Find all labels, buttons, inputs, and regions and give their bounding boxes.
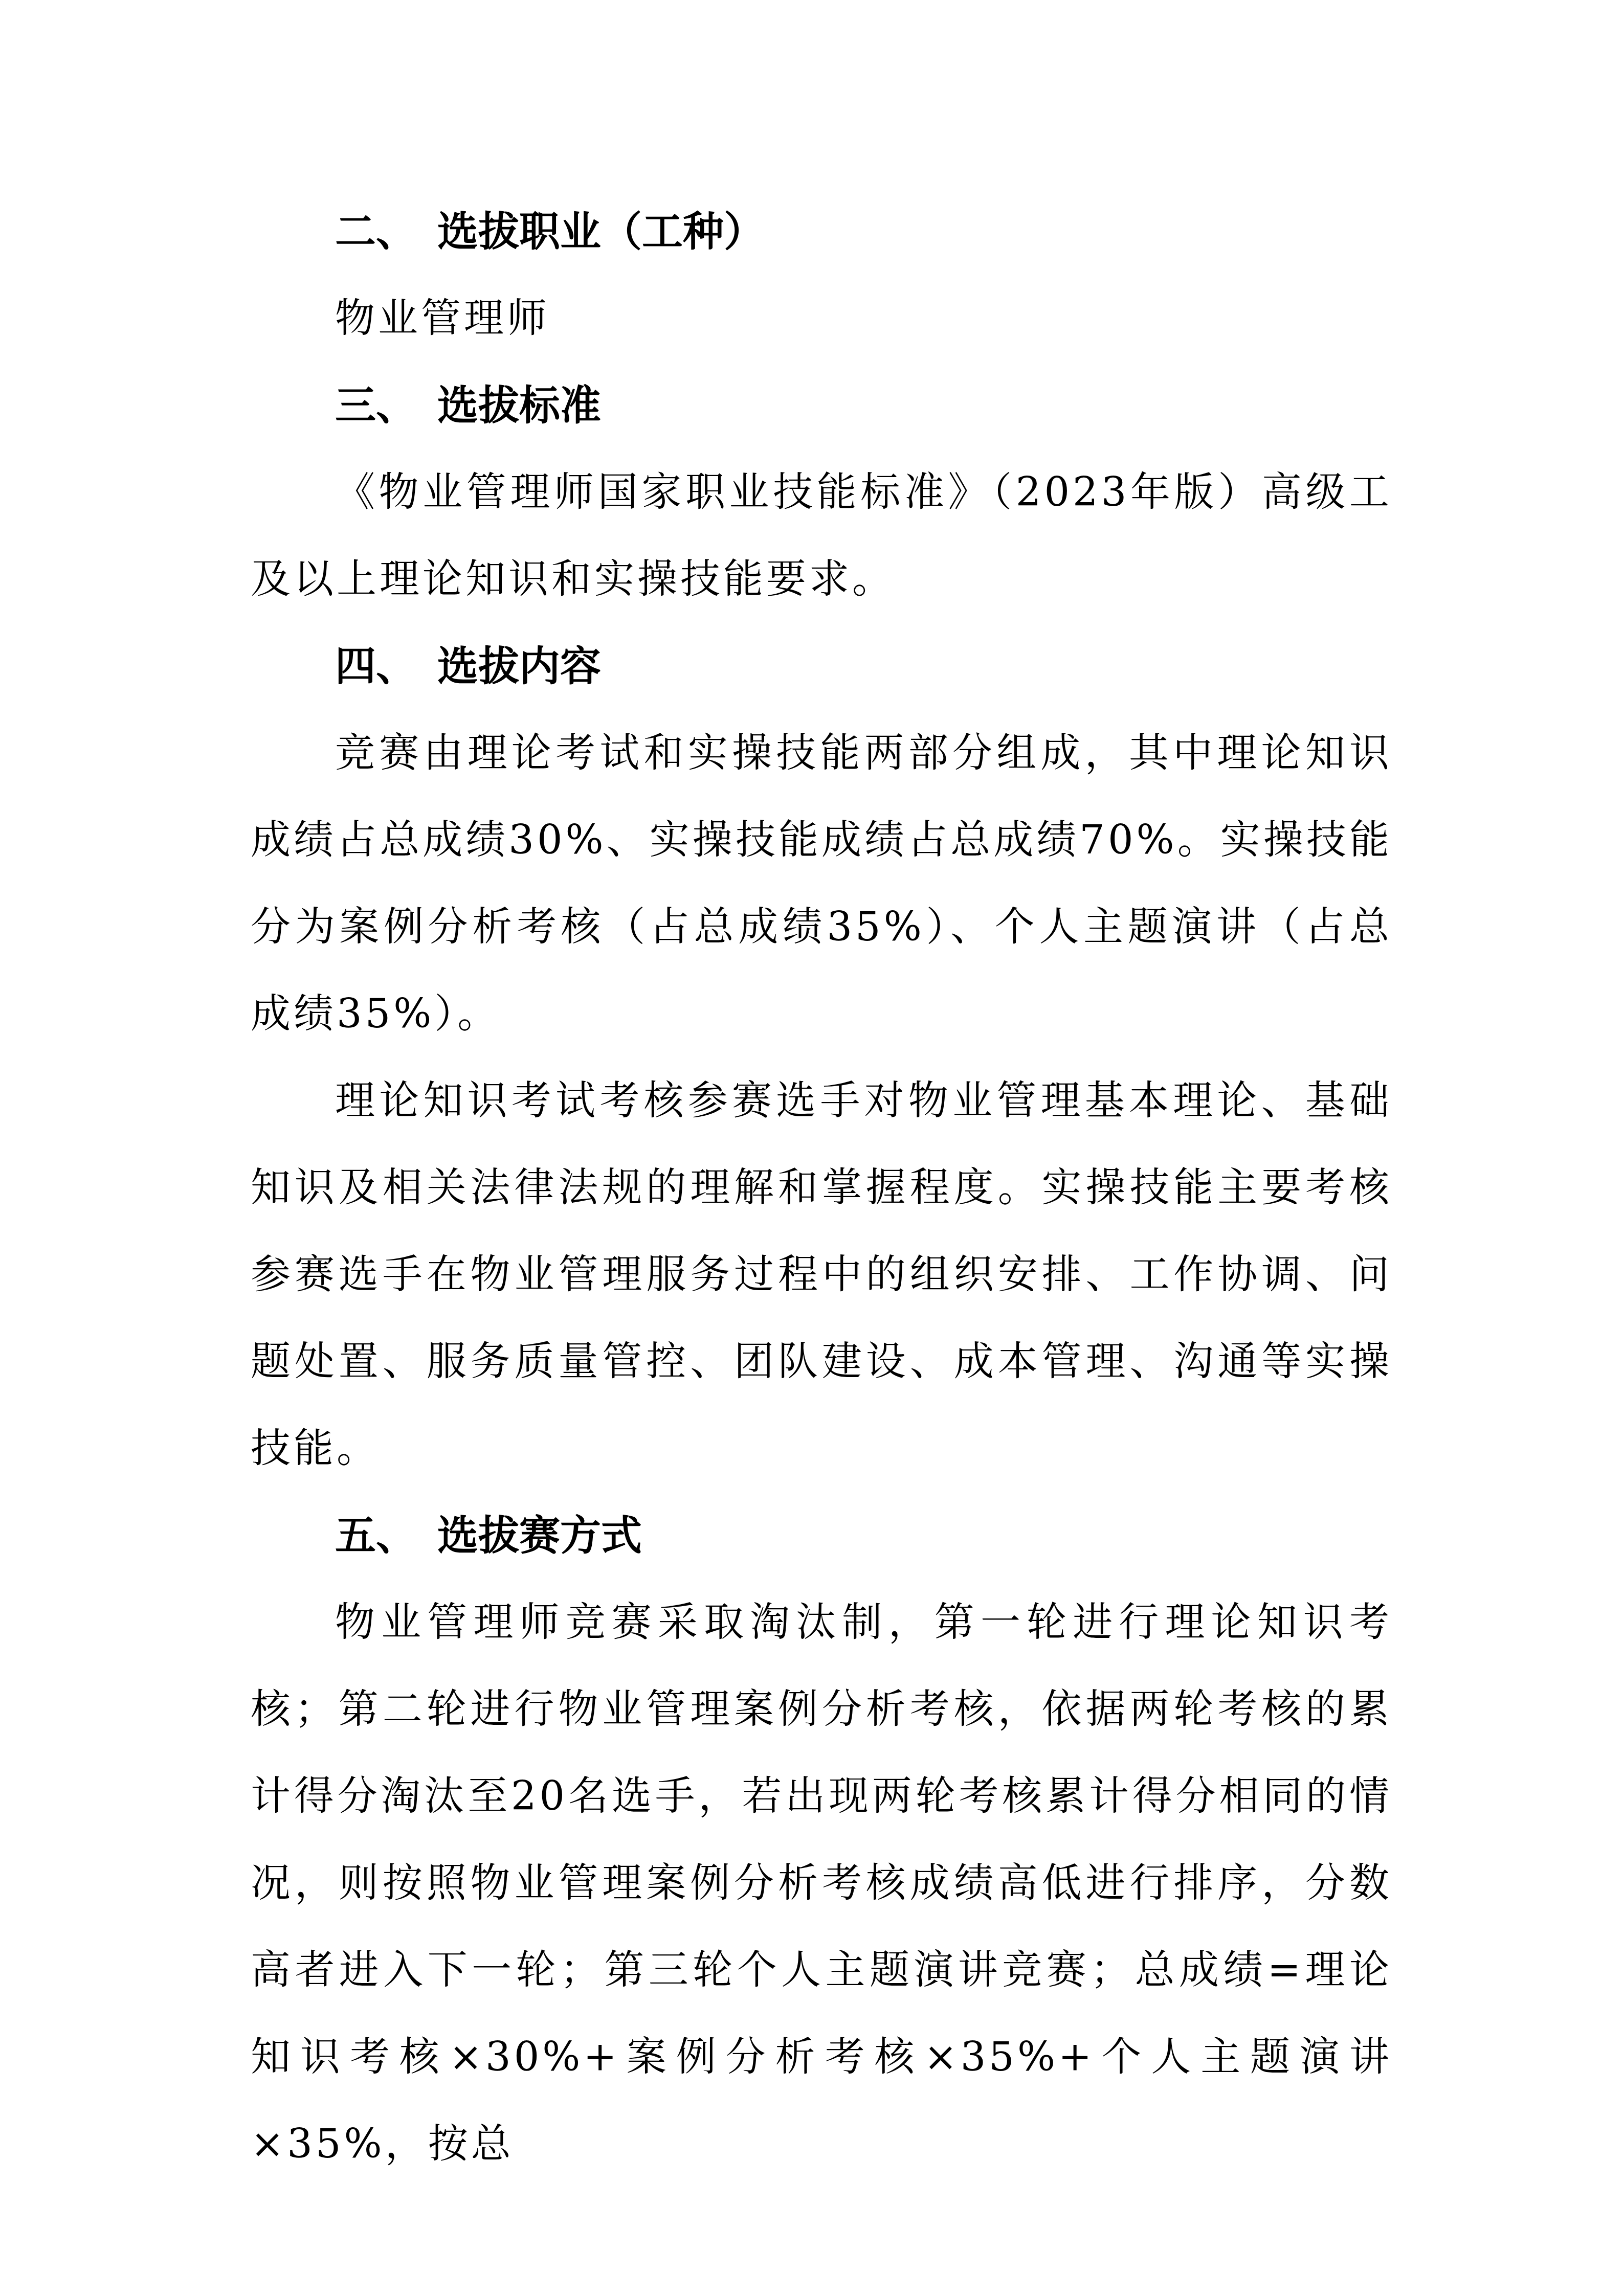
section-heading-occupation: 二、选拔职业（工种）	[251, 188, 1392, 275]
section-title: 选拔赛方式	[437, 1512, 642, 1559]
section-title: 选拔职业（工种）	[437, 208, 765, 255]
section-title: 选拔标准	[437, 381, 601, 429]
section-heading-method: 五、选拔赛方式	[251, 1492, 1392, 1579]
content-paragraph-assessment: 理论知识考试考核参赛选手对物业管理基本理论、基础知识及相关法律法规的理解和掌握程…	[251, 1057, 1392, 1492]
section-heading-standard: 三、选拔标准	[251, 362, 1392, 449]
section-number: 五、	[335, 1492, 437, 1579]
section-heading-content: 四、选拔内容	[251, 623, 1392, 710]
document-page: 二、选拔职业（工种） 物业管理师 三、选拔标准 《物业管理师国家职业技能标准》（…	[251, 188, 1392, 2188]
section-title: 选拔内容	[437, 642, 601, 690]
section-number: 四、	[335, 623, 437, 710]
section-number: 三、	[335, 362, 437, 449]
section-number: 二、	[335, 188, 437, 275]
content-paragraph-composition: 竞赛由理论考试和实操技能两部分组成，其中理论知识成绩占总成绩30%、实操技能成绩…	[251, 710, 1392, 1057]
method-paragraph: 物业管理师竞赛采取淘汰制，第一轮进行理论知识考核；第二轮进行物业管理案例分析考核…	[251, 1579, 1392, 2188]
occupation-text: 物业管理师	[251, 275, 1392, 362]
standard-paragraph: 《物业管理师国家职业技能标准》（2023年版）高级工及以上理论知识和实操技能要求…	[251, 449, 1392, 623]
